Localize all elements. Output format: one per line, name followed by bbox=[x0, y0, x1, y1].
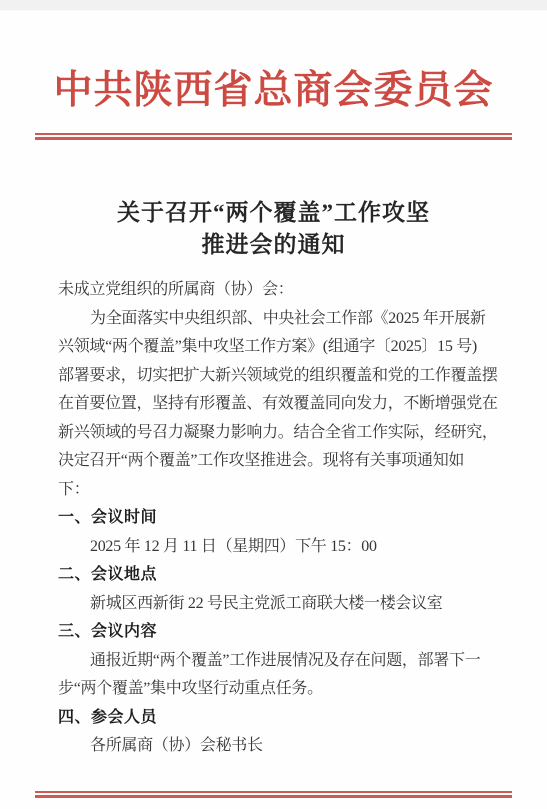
document-title-line-1: 关于召开“两个覆盖”工作攻坚 bbox=[0, 197, 547, 229]
document-body: 未成立党组织的所属商（协）会：为全面落实中央组织部、中央社会工作部《2025 年… bbox=[58, 276, 492, 761]
document-line: 兴领域“两个覆盖”集中攻坚工作方案》(组通字〔2025〕15 号) bbox=[58, 333, 492, 362]
document-line: 未成立党组织的所属商（协）会： bbox=[58, 276, 492, 305]
footer-rule-thick-line bbox=[35, 795, 512, 798]
letterhead-org-name: 中共陕西省总商会委员会 bbox=[0, 68, 547, 114]
document-line: 新兴领域的号召力凝聚力影响力。结合全省工作实际，经研究， bbox=[58, 419, 492, 448]
scanned-notice-document: 中共陕西省总商会委员会 关于召开“两个覆盖”工作攻坚 推进会的通知 未成立党组织… bbox=[0, 0, 547, 809]
section-heading: 二、会议地点 bbox=[58, 561, 492, 590]
footer-rule bbox=[35, 791, 512, 798]
section-heading: 一、会议时间 bbox=[58, 504, 492, 533]
document-line: 下： bbox=[58, 476, 492, 505]
letterhead-rule-thick-line bbox=[35, 137, 512, 140]
document-line: 新城区西新街 22 号民主党派工商联大楼一楼会议室 bbox=[58, 590, 492, 619]
document-line: 为全面落实中央组织部、中央社会工作部《2025 年开展新 bbox=[58, 305, 492, 334]
document-line: 决定召开“两个覆盖”工作攻坚推进会。现将有关事项通知如 bbox=[58, 447, 492, 476]
document-line: 步“两个覆盖”集中攻坚行动重点任务。 bbox=[58, 675, 492, 704]
document-line: 2025 年 12 月 11 日（星期四）下午 15：00 bbox=[58, 533, 492, 562]
document-title-line-2: 推进会的通知 bbox=[0, 229, 547, 261]
scan-edge-strip bbox=[0, 0, 547, 11]
letterhead-rule bbox=[35, 133, 512, 140]
document-line: 部署要求，切实把扩大新兴领域党的组织覆盖和党的工作覆盖摆 bbox=[58, 362, 492, 391]
section-heading: 三、会议内容 bbox=[58, 618, 492, 647]
section-heading: 四、参会人员 bbox=[58, 704, 492, 733]
document-line: 各所属商（协）会秘书长 bbox=[58, 732, 492, 761]
document-line: 通报近期“两个覆盖”工作进展情况及存在问题，部署下一 bbox=[58, 647, 492, 676]
document-title: 关于召开“两个覆盖”工作攻坚 推进会的通知 bbox=[0, 197, 547, 261]
document-line: 在首要位置，坚持有形覆盖、有效覆盖同向发力，不断增强党在 bbox=[58, 390, 492, 419]
